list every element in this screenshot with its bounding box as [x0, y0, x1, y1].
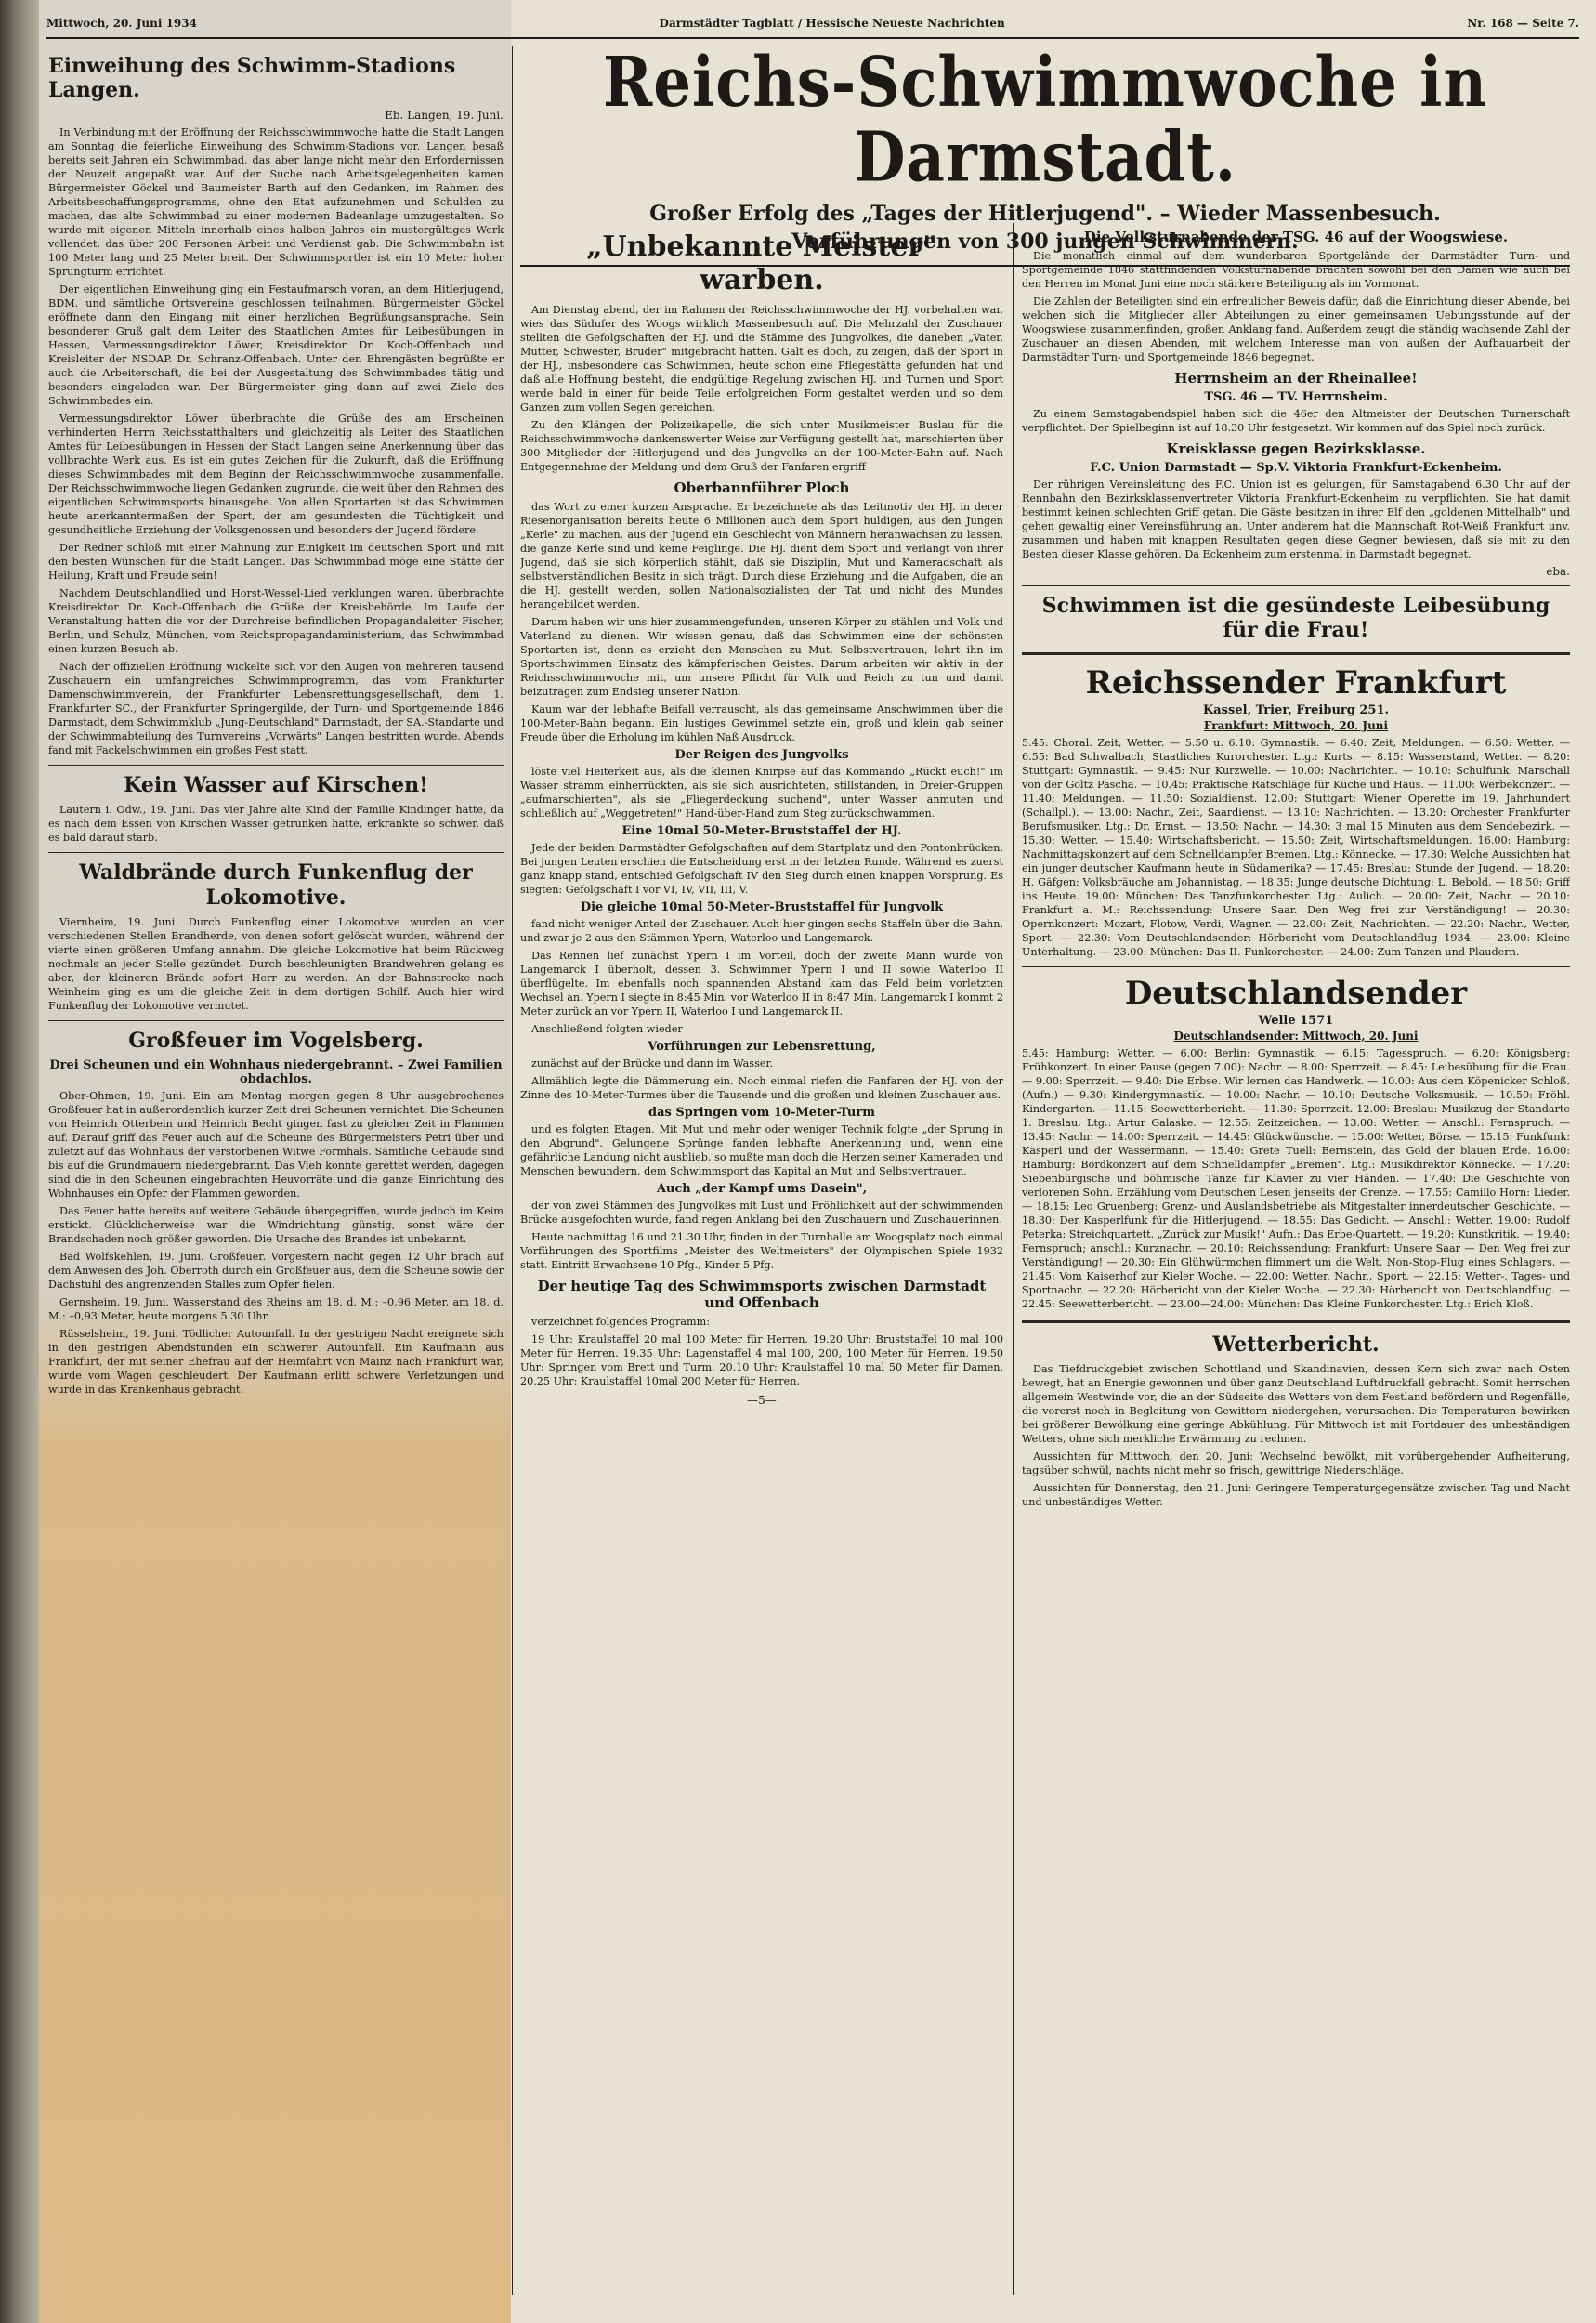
article-paragraph: verzeichnet folgendes Programm:	[520, 1315, 1003, 1329]
radio-station-title: Deutschlandsender	[1022, 975, 1570, 1012]
article-title: Die Volksturnabende der TSG. 46 auf der …	[1022, 229, 1570, 245]
newspaper-page: Mittwoch, 20. Juni 1934 Darmstädter Tagb…	[0, 0, 1596, 2323]
section-heading: Die gleiche 10mal 50-Meter-Bruststaffel …	[520, 900, 1003, 914]
article-paragraph: und es folgten Etagen. Mit Mut und mehr …	[520, 1122, 1003, 1178]
article-paragraph: Allmählich legte die Dämmerung ein. Noch…	[520, 1074, 1003, 1102]
article-title: „Unbekannte Meister" warben.	[520, 230, 1003, 297]
masthead-date: Mittwoch, 20. Juni 1934	[46, 17, 197, 30]
article-paragraph: Heute nachmittag 16 und 21.30 Uhr, finde…	[520, 1230, 1003, 1272]
radio-day: Deutschlandsender: Mittwoch, 20. Juni	[1022, 1030, 1570, 1043]
article-paragraph: Jede der beiden Darmstädter Gefolgschaft…	[520, 841, 1003, 897]
main-headline: Reichs-Schwimmwoche in Darmstadt.	[520, 46, 1570, 196]
section-heading: Eine 10mal 50-Meter-Bruststaffel der HJ.	[520, 824, 1003, 838]
article-subtitle: TSG. 46 — TV. Herrnsheim.	[1022, 390, 1570, 404]
divider	[1022, 585, 1570, 586]
article-paragraph: In Verbindung mit der Eröffnung der Reic…	[48, 125, 504, 279]
article-paragraph: Bad Wolfskehlen, 19. Juni. Großfeuer. Vo…	[48, 1250, 504, 1292]
article-paragraph: Der rührigen Vereinsleitung des F.C. Uni…	[1022, 478, 1570, 561]
masthead-paper: Darmstädter Tagblatt / Hessische Neueste…	[660, 17, 1005, 30]
radio-station-sub: Kassel, Trier, Freiburg 251.	[1022, 703, 1570, 717]
article-paragraph: zunächst auf der Brücke und dann im Wass…	[520, 1057, 1003, 1070]
article-paragraph: Lautern i. Odw., 19. Juni. Das vier Jahr…	[48, 803, 504, 845]
weather-title: Wetterbericht.	[1022, 1332, 1570, 1357]
article-signature: eba.	[1022, 565, 1570, 578]
article-paragraph: Kaum war der lebhafte Beifall verrauscht…	[520, 702, 1003, 744]
divider	[1022, 652, 1570, 655]
article-paragraph: Ober-Ohmen, 19. Juni. Ein am Montag morg…	[48, 1089, 504, 1201]
masthead-line: Mittwoch, 20. Juni 1934 Darmstädter Tagb…	[46, 9, 1579, 39]
radio-listing-frankfurt: Reichssender Frankfurt Kassel, Trier, Fr…	[1022, 664, 1570, 959]
divider	[1022, 966, 1570, 967]
article-paragraph: Zu einem Samstagabendspiel haben sich di…	[1022, 407, 1570, 435]
article-paragraph: Nachdem Deutschlandlied und Horst-Wessel…	[48, 586, 504, 656]
radio-day: Frankfurt: Mittwoch, 20. Juni	[1022, 719, 1570, 732]
promo-headline: Schwimmen ist die gesündeste Leibesübung…	[1022, 594, 1570, 643]
article-title: Waldbrände durch Funkenflug der Lokomoti…	[48, 860, 504, 910]
section-heading: das Springen vom 10-Meter-Turm	[520, 1106, 1003, 1120]
masthead-issue: Nr. 168 — Seite 7.	[1467, 17, 1579, 30]
section-heading: Vorführungen zur Lebensrettung,	[520, 1040, 1003, 1054]
headline-subtitle: Großer Erfolg des „Tages der Hitlerjugen…	[520, 202, 1570, 226]
column-middle: „Unbekannte Meister" warben. Am Dienstag…	[520, 223, 1003, 2295]
article-paragraph: der von zwei Stämmen des Jungvolkes mit …	[520, 1199, 1003, 1227]
weather-paragraph: Aussichten für Donnerstag, den 21. Juni:…	[1022, 1481, 1570, 1509]
article-paragraph: Gernsheim, 19. Juni. Wasserstand des Rhe…	[48, 1295, 504, 1323]
article-paragraph: Am Dienstag abend, der im Rahmen der Rei…	[520, 303, 1003, 414]
page-mark: —5—	[520, 1394, 1003, 1407]
article-paragraph: das Wort zu einer kurzen Ansprache. Er b…	[520, 500, 1003, 611]
article-paragraph: Vermessungsdirektor Löwer überbrachte di…	[48, 412, 504, 537]
adjacent-page-edge	[0, 0, 39, 2323]
article-subtitle: Drei Scheunen und ein Wohnhaus niedergeb…	[48, 1058, 504, 1086]
section-heading: Auch „der Kampf ums Dasein",	[520, 1182, 1003, 1196]
article-paragraph: Zu den Klängen der Polizeikapelle, die s…	[520, 418, 1003, 474]
article-paragraph: Anschließend folgten wieder	[520, 1022, 1003, 1036]
article-paragraph: Nach der offiziellen Eröffnung wickelte …	[48, 660, 504, 757]
article-paragraph: Viernheim, 19. Juni. Durch Funkenflug ei…	[48, 915, 504, 1013]
divider	[48, 852, 504, 853]
section-heading: Der heutige Tag des Schwimmsports zwisch…	[520, 1278, 1003, 1311]
article-paragraph: Darum haben wir uns hier zusammengefunde…	[520, 615, 1003, 699]
article-paragraph: 19 Uhr: Kraulstaffel 20 mal 100 Meter fü…	[520, 1332, 1003, 1388]
article-paragraph: Die Zahlen der Beteiligten sind ein erfr…	[1022, 295, 1570, 364]
article-title: Großfeuer im Vogelsberg.	[48, 1029, 504, 1053]
radio-program: 5.45: Choral. Zeit, Wetter. — 5.50 u. 6.…	[1022, 736, 1570, 959]
article-paragraph: Die monatlich einmal auf dem wunderbaren…	[1022, 249, 1570, 291]
weather-paragraph: Aussichten für Mittwoch, den 20. Juni: W…	[1022, 1450, 1570, 1477]
radio-program: 5.45: Hamburg: Wetter. — 6.00: Berlin: G…	[1022, 1046, 1570, 1311]
divider	[48, 765, 504, 766]
column-right: Die Volksturnabende der TSG. 46 auf der …	[1022, 223, 1570, 2295]
column-rule	[1013, 223, 1014, 2295]
article-paragraph: Rüsselsheim, 19. Juni. Tödlicher Autounf…	[48, 1327, 504, 1397]
divider	[1022, 1320, 1570, 1323]
column-rule	[512, 46, 513, 2295]
section-heading: Der Reigen des Jungvolks	[520, 748, 1003, 762]
article-title: Kein Wasser auf Kirschen!	[48, 773, 504, 797]
article-paragraph: Der Redner schloß mit einer Mahnung zur …	[48, 541, 504, 583]
article-paragraph: Der eigentlichen Einweihung ging ein Fes…	[48, 282, 504, 408]
radio-listing-deutschlandsender: Deutschlandsender Welle 1571 Deutschland…	[1022, 975, 1570, 1311]
article-paragraph: löste viel Heiterkeit aus, als die klein…	[520, 765, 1003, 820]
weather-paragraph: Das Tiefdruckgebiet zwischen Schottland …	[1022, 1362, 1570, 1446]
article-paragraph: Das Rennen lief zunächst Ypern I im Vort…	[520, 949, 1003, 1018]
article-title: Kreisklasse gegen Bezirksklasse.	[1022, 440, 1570, 457]
article-subtitle: F.C. Union Darmstadt — Sp.V. Viktoria Fr…	[1022, 461, 1570, 475]
divider	[48, 1020, 504, 1021]
article-paragraph: Das Feuer hatte bereits auf weitere Gebä…	[48, 1204, 504, 1246]
column-left: Einweihung des Schwimm-Stadions Langen. …	[48, 46, 504, 2295]
radio-station-sub: Welle 1571	[1022, 1014, 1570, 1028]
article-dateline: Eb. Langen, 19. Juni.	[48, 109, 504, 122]
article-title: Einweihung des Schwimm-Stadions Langen.	[48, 54, 504, 103]
article-title: Herrnsheim an der Rheinallee!	[1022, 370, 1570, 387]
article-paragraph: fand nicht weniger Anteil der Zuschauer.…	[520, 917, 1003, 945]
section-heading: Oberbannführer Ploch	[520, 479, 1003, 496]
radio-station-title: Reichssender Frankfurt	[1022, 664, 1570, 702]
